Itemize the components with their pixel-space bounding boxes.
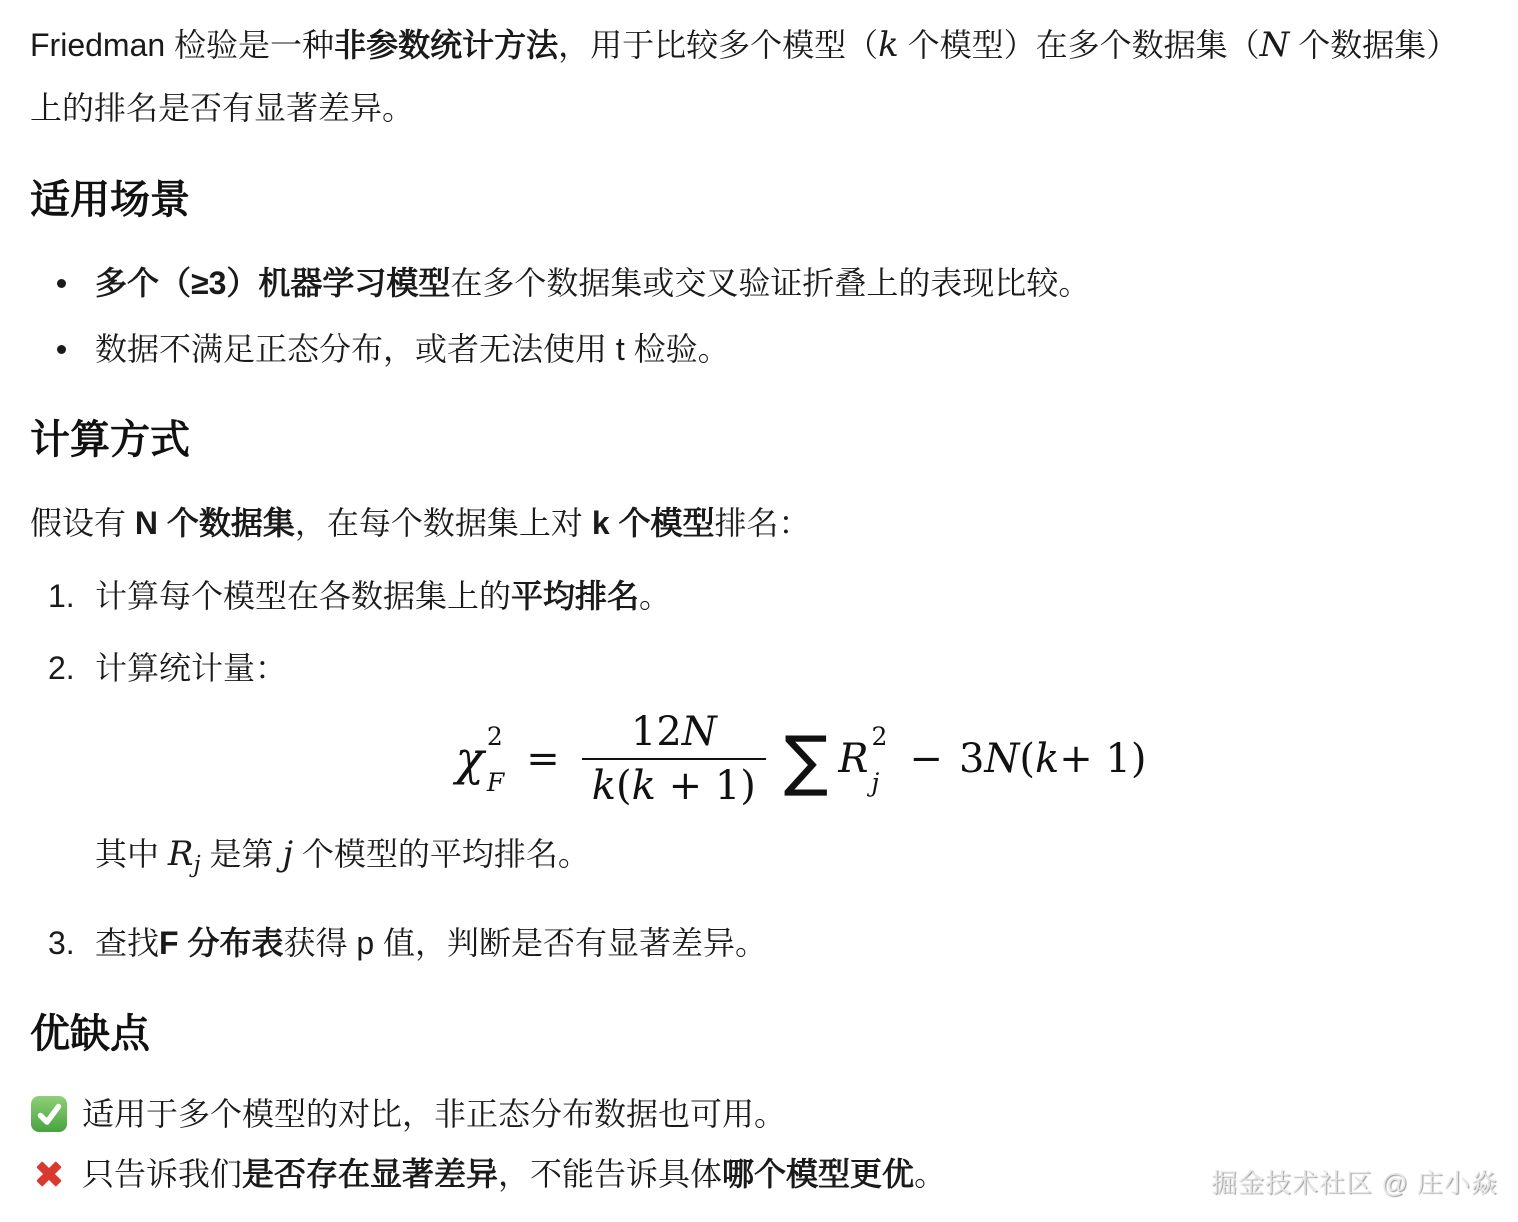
den-paren: + 1) xyxy=(656,763,756,809)
section-heading-pros-cons: 优缺点 xyxy=(30,1010,1488,1058)
lead-text: ，在每个数据集上对 xyxy=(295,505,592,541)
formula-minus: − xyxy=(909,736,943,782)
lead-text: 假设有 xyxy=(30,505,135,541)
check-mark-icon xyxy=(30,1095,68,1133)
step-number: 3. xyxy=(48,912,95,974)
lead-bold-k-models: k 个模型 xyxy=(592,505,715,541)
note-text: 是第 xyxy=(201,836,283,872)
section-heading-calculation: 计算方式 xyxy=(30,416,1488,464)
formula-fraction: 12N k(k + 1) xyxy=(582,709,766,809)
r-superscript: 2 xyxy=(872,724,888,749)
num-variable: N xyxy=(682,709,717,755)
calc-step-1-text: 计算每个模型在各数据集上的平均排名。 xyxy=(95,565,671,627)
formula-paren: ( xyxy=(1019,736,1035,782)
intro-text: ，用于比较多个模型（ xyxy=(558,27,878,63)
friedman-chi-square-formula: χ 2 F = 12N k(k + 1) ∑ R 2 j − 3 N ( k +… xyxy=(72,709,1518,809)
note-text: 其中 xyxy=(95,836,168,872)
math-var-n: N xyxy=(1260,25,1290,65)
bullet-dot-icon xyxy=(57,345,66,354)
con-seg: 只告诉我们 xyxy=(82,1156,242,1192)
cross-mark-icon xyxy=(30,1155,68,1193)
usage-bullet-1: 多个（≥3）机器学习模型在多个数据集或交叉验证折叠上的表现比较。 xyxy=(30,252,1488,314)
con-bold-which-model: 哪个模型更优 xyxy=(722,1156,914,1192)
intro-text: 个模型）在多个数据集（ xyxy=(899,27,1260,63)
math-var-r-sub: j xyxy=(194,852,201,878)
usage-bullet-1-rest: 在多个数据集或交叉验证折叠上的表现比较。 xyxy=(450,265,1090,301)
section-heading-usage: 适用场景 xyxy=(30,176,1488,224)
step-text: 查找 xyxy=(95,925,159,961)
usage-bullet-2: 数据不满足正态分布，或者无法使用 t 检验。 xyxy=(30,318,1488,380)
formula-coefficient-3: 3 xyxy=(959,736,984,782)
math-var-r: R xyxy=(168,834,194,874)
usage-bullet-1-text: 多个（≥3）机器学习模型在多个数据集或交叉验证折叠上的表现比较。 xyxy=(95,252,1090,314)
formula-chi-scripts: 2 F xyxy=(487,724,504,795)
step-number: 2. xyxy=(48,637,95,699)
calculation-lead: 假设有 N 个数据集，在每个数据集上对 k 个模型排名： xyxy=(30,492,1488,555)
con-text: 只告诉我们是否存在显著差异，不能告诉具体哪个模型更优。 xyxy=(82,1146,946,1202)
intro-paragraph: Friedman 检验是一种非参数统计方法，用于比较多个模型（k 个模型）在多个… xyxy=(30,14,1488,140)
con-seg: 。 xyxy=(914,1156,946,1192)
step-number: 1. xyxy=(48,565,95,627)
math-var-k: k xyxy=(878,25,899,65)
formula-n: N xyxy=(984,736,1019,782)
step-bold-average-rank: 平均排名 xyxy=(511,578,639,614)
den-variable: k xyxy=(592,763,616,809)
formula-r-scripts: 2 j xyxy=(872,724,888,795)
con-bold-significance: 是否存在显著差异 xyxy=(242,1156,498,1192)
calc-step-2-text: 计算统计量： xyxy=(95,637,287,699)
intro-text: Friedman 检验是一种 xyxy=(30,27,334,63)
num-coefficient: 12 xyxy=(631,709,682,755)
den-paren: ( xyxy=(616,763,632,809)
summation-icon: ∑ xyxy=(784,728,828,794)
bullet-dot-icon xyxy=(57,279,66,288)
step-text: 。 xyxy=(639,578,671,614)
formula-paren: + 1) xyxy=(1059,736,1146,782)
calc-step-1: 1. 计算每个模型在各数据集上的平均排名。 xyxy=(30,565,1488,627)
step-text: 获得 p 值，判断是否有显著差异。 xyxy=(283,925,767,961)
con-seg: ，不能告诉具体 xyxy=(498,1156,722,1192)
chi-superscript: 2 xyxy=(487,724,503,749)
math-var-j: j xyxy=(282,834,293,874)
note-text: 个模型的平均排名。 xyxy=(293,836,590,872)
formula-k: k xyxy=(1035,736,1059,782)
den-variable: k xyxy=(632,763,656,809)
fraction-numerator: 12N xyxy=(621,709,727,758)
calc-step-3: 3. 查找F 分布表获得 p 值，判断是否有显著差异。 xyxy=(30,912,1488,974)
watermark: 掘金技术社区 @ 庄小焱 xyxy=(1211,1163,1498,1200)
step-bold-f-table: F 分布表 xyxy=(159,925,283,961)
intro-bold-nonparametric: 非参数统计方法 xyxy=(334,27,558,63)
formula-note: 其中 Rj 是第 j 个模型的平均排名。 xyxy=(95,823,1488,896)
pro-row: 适用于多个模型的对比，非正态分布数据也可用。 xyxy=(30,1086,1488,1142)
lead-text: 排名： xyxy=(715,505,811,541)
article-page: Friedman 检验是一种非参数统计方法，用于比较多个模型（k 个模型）在多个… xyxy=(0,0,1518,1222)
lead-bold-n-datasets: N 个数据集 xyxy=(135,505,295,541)
calc-step-2: 2. 计算统计量： xyxy=(30,637,1488,699)
pro-text: 适用于多个模型的对比，非正态分布数据也可用。 xyxy=(82,1086,786,1142)
usage-bullet-2-text: 数据不满足正态分布，或者无法使用 t 检验。 xyxy=(95,318,730,380)
r-subscript: j xyxy=(872,770,880,795)
fraction-denominator: k(k + 1) xyxy=(582,758,766,809)
calc-step-3-text: 查找F 分布表获得 p 值，判断是否有显著差异。 xyxy=(95,912,767,974)
chi-subscript: F xyxy=(487,770,504,795)
formula-r: R xyxy=(838,736,868,782)
formula-equals: = xyxy=(526,736,560,782)
formula-chi: χ xyxy=(455,732,483,787)
step-text: 计算每个模型在各数据集上的 xyxy=(95,578,511,614)
usage-bullet-1-bold: 多个（≥3）机器学习模型 xyxy=(95,265,450,301)
